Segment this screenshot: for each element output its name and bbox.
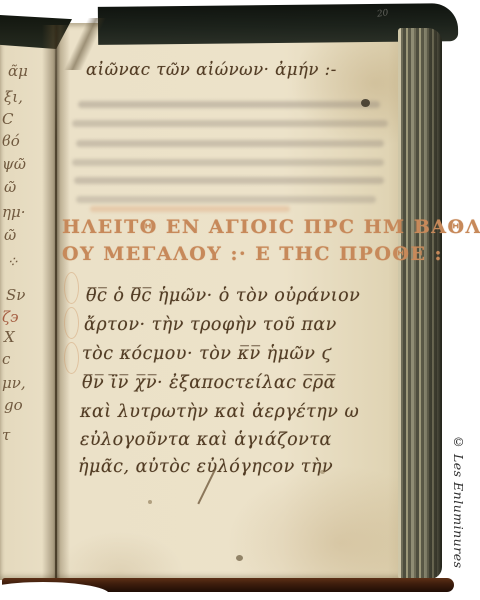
facing-page-fragment: ζ϶ bbox=[2, 308, 19, 326]
bleed-through-line bbox=[76, 140, 384, 147]
bleed-through-line bbox=[72, 120, 388, 127]
facing-page-fragment: ξι, bbox=[4, 88, 23, 106]
bleed-through-line bbox=[74, 177, 384, 184]
page-fold-line bbox=[55, 30, 57, 578]
rubric-line-1: ΗΛΕΙΤΘ ΕΝ ΑΓΙΟΙϹ ΠΡϹ ΗΜ ΒΑΘΛΕΙ bbox=[62, 216, 480, 238]
body-line: τὸϲ κόϲμου· τὸν κ̅ν̅ ἡμῶν ϛ bbox=[82, 344, 332, 364]
facing-page-fragment: μν, bbox=[2, 374, 26, 392]
facing-page-fragment: ῶ bbox=[4, 178, 16, 196]
bleed-through-line bbox=[72, 159, 384, 166]
body-line: ἄρτον· τὴν τροφὴν τοῦ παν bbox=[84, 315, 337, 335]
stain-spot bbox=[320, 470, 325, 474]
book-fore-edge bbox=[398, 28, 442, 579]
body-line: θ̅ν̅ ϊ̅ν̅ χ̅ν̅· ἐξαποϲτείλαϲ ϲ̅ρ̅α̅ bbox=[82, 373, 336, 393]
bleed-through-line bbox=[76, 196, 376, 203]
facing-page-fragment: ημ· bbox=[2, 203, 26, 221]
bleed-through-line bbox=[78, 101, 380, 108]
facing-page-fragment: ϐό bbox=[2, 132, 20, 150]
body-line: ἡμᾶϲ, αὐτὸϲ εὐλόγηϲον τὴν bbox=[78, 457, 333, 477]
facing-page-fragment: Sν bbox=[6, 286, 25, 304]
facing-page-fragment: c bbox=[2, 350, 10, 368]
body-line: θ̅ϲ̅ ὁ θ̅ϲ̅ ἡμῶν· ὁ τὸν οὐράνιον bbox=[86, 286, 360, 306]
facing-page-fragment: ⁘ bbox=[6, 253, 19, 271]
rubric-line-2: ΟΥ ΜΕΓΑΛΟΥ :· Ε ΤΗϹ ΠΡΟΘΕ : bbox=[62, 243, 443, 265]
bleed-through-rubric bbox=[90, 206, 290, 212]
facing-page-fragment: Ϲ bbox=[2, 110, 13, 128]
facing-page-fragment: ψῶ bbox=[2, 155, 26, 173]
pencil-folio-mark: 20 bbox=[376, 8, 389, 19]
ink-spot bbox=[361, 99, 370, 107]
facing-page-fragment: go bbox=[4, 396, 23, 414]
facing-page-fragment: X bbox=[4, 328, 15, 346]
facing-page-fragment: ῶ bbox=[4, 226, 16, 244]
facing-page-fragment: ᾶμ bbox=[8, 62, 28, 80]
manuscript-top-line: αἰῶναϲ τῶν αἰώνων· ἀμήν :- bbox=[86, 60, 337, 79]
body-line: καὶ λυτρωτὴν καὶ ἀεργέτην ω bbox=[80, 402, 359, 422]
stain-spot bbox=[148, 500, 152, 504]
credit-line: © Les Enluminures bbox=[451, 434, 466, 590]
facing-page-fragment: τ bbox=[2, 426, 10, 444]
manuscript-photo: ᾶμ ξι, Ϲ ϐό ψῶ ῶ ημ· ῶ ⁘ Sν ζ϶ X c μν, g… bbox=[0, 0, 480, 600]
body-line: εὐλογοῦντα καὶ ἁγιάζοντα bbox=[80, 430, 332, 450]
stain-spot bbox=[236, 555, 243, 561]
marginal-ornament bbox=[63, 272, 80, 378]
